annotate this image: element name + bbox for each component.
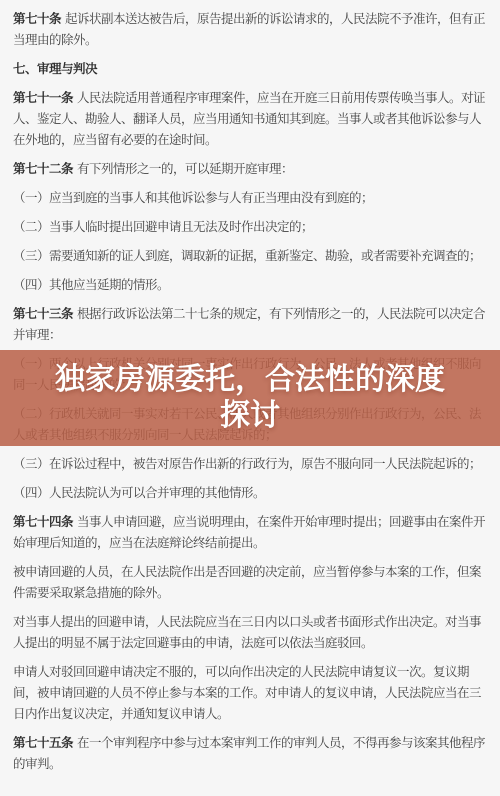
article-paragraph: 第七十二条有下列情形之一的，可以延期开庭审理： <box>13 159 487 180</box>
paragraph-text: 被申请回避的人员，在人民法院作出是否回避的决定前，应当暂停参与本案的工作，但案件… <box>13 565 481 600</box>
list-item: （一）应当到庭的当事人和其他诉讼参与人有正当理由没有到庭的； <box>13 188 487 209</box>
paragraph-text: （二）当事人临时提出回避申请且无法及时作出决定的； <box>13 220 313 234</box>
paragraph-text: （四）其他应当延期的情形。 <box>13 278 169 292</box>
article-number: 第七十三条 <box>13 307 77 321</box>
article-number: 第七十二条 <box>13 162 77 176</box>
paragraph: 被申请回避的人员，在人民法院作出是否回避的决定前，应当暂停参与本案的工作，但案件… <box>13 562 487 604</box>
list-item: （四）其他应当延期的情形。 <box>13 275 487 296</box>
list-item: （二）当事人临时提出回避申请且无法及时作出决定的； <box>13 217 487 238</box>
overlay-banner: 独家房源委托，合法性的深度探讨 <box>0 350 500 446</box>
list-item: （三）需要通知新的证人到庭，调取新的证据，重新鉴定、勘验，或者需要补充调查的； <box>13 246 487 267</box>
paragraph-text: 七、审理与判决 <box>13 62 97 76</box>
paragraph-text: 有下列情形之一的，可以延期开庭审理： <box>77 162 293 176</box>
paragraph: 申请人对驳回回避申请决定不服的，可以向作出决定的人民法院申请复议一次。复议期间，… <box>13 662 487 725</box>
article-number: 第七十一条 <box>13 91 77 105</box>
overlay-title: 独家房源委托，合法性的深度探讨 <box>45 362 455 434</box>
paragraph-text: （一）应当到庭的当事人和其他诉讼参与人有正当理由没有到庭的； <box>13 191 373 205</box>
article-number: 第七十四条 <box>13 515 77 529</box>
paragraph-text: （四）人民法院认为可以合并审理的其他情形。 <box>13 486 265 500</box>
paragraph-text: 起诉状副本送达被告后，原告提出新的诉讼请求的，人民法院不予准许，但有正当理由的除… <box>13 12 485 47</box>
paragraph-text: 申请人对驳回回避申请决定不服的，可以向作出决定的人民法院申请复议一次。复议期间，… <box>13 665 481 721</box>
list-item: （三）在诉讼过程中，被告对原告作出新的行政行为，原告不服向同一人民法院起诉的； <box>13 454 487 475</box>
article-number: 第七十条 <box>13 12 65 26</box>
paragraph-text: 对当事人提出的回避申请，人民法院应当在三日内以口头或者书面形式作出决定。对当事人… <box>13 615 481 650</box>
legal-document: 第七十条起诉状副本送达被告后，原告提出新的诉讼请求的，人民法院不予准许，但有正当… <box>0 0 500 796</box>
paragraph-text: 在一个审判程序中参与过本案审判工作的审判人员，不得再参与该案其他程序的审判。 <box>13 736 485 771</box>
list-item: （四）人民法院认为可以合并审理的其他情形。 <box>13 483 487 504</box>
article-number: 第七十五条 <box>13 736 77 750</box>
paragraph-text: 当事人申请回避，应当说明理由，在案件开始审理时提出；回避事由在案件开始审理后知道… <box>13 515 485 550</box>
paragraph-text: （三）需要通知新的证人到庭，调取新的证据，重新鉴定、勘验，或者需要补充调查的； <box>13 249 481 263</box>
paragraph-text: （三）在诉讼过程中，被告对原告作出新的行政行为，原告不服向同一人民法院起诉的； <box>13 457 481 471</box>
article-paragraph: 第七十五条在一个审判程序中参与过本案审判工作的审判人员，不得再参与该案其他程序的… <box>13 733 487 775</box>
paragraph: 对当事人提出的回避申请，人民法院应当在三日内以口头或者书面形式作出决定。对当事人… <box>13 612 487 654</box>
article-paragraph: 第七十条起诉状副本送达被告后，原告提出新的诉讼请求的，人民法院不予准许，但有正当… <box>13 9 487 51</box>
section-heading: 七、审理与判决 <box>13 59 487 80</box>
article-paragraph: 第七十三条根据行政诉讼法第二十七条的规定，有下列情形之一的，人民法院可以决定合并… <box>13 304 487 346</box>
paragraph-text: 人民法院适用普通程序审理案件，应当在开庭三日前用传票传唤当事人。对证人、鉴定人、… <box>13 91 485 147</box>
paragraph-text: 根据行政诉讼法第二十七条的规定，有下列情形之一的，人民法院可以决定合并审理： <box>13 307 485 342</box>
article-paragraph: 第七十四条当事人申请回避，应当说明理由，在案件开始审理时提出；回避事由在案件开始… <box>13 512 487 554</box>
article-paragraph: 第七十一条人民法院适用普通程序审理案件，应当在开庭三日前用传票传唤当事人。对证人… <box>13 88 487 151</box>
